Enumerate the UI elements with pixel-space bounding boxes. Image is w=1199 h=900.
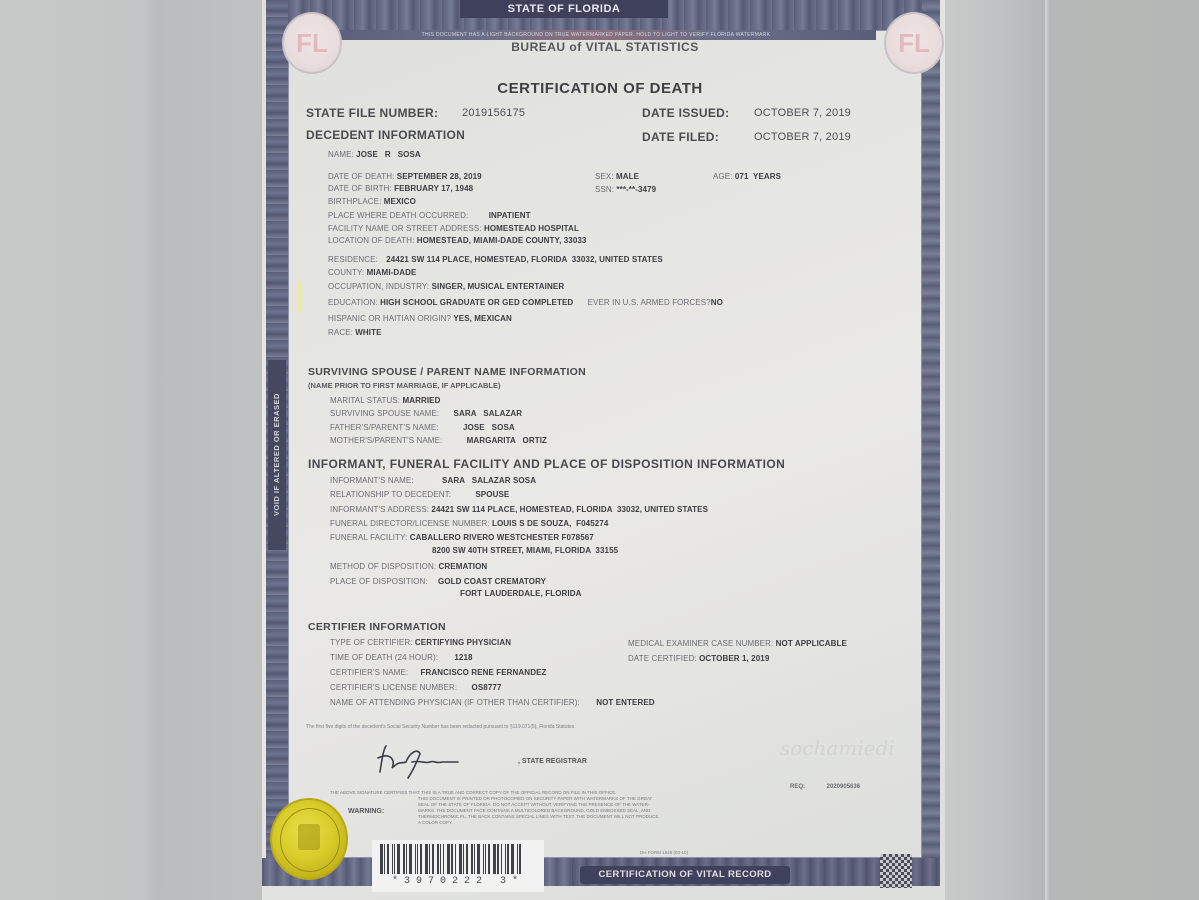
background-right-fold	[945, 0, 1045, 900]
barcode-number: *3970222 3*	[372, 876, 544, 887]
fl-seal-right-icon: FL	[884, 12, 944, 74]
spouse-subheading: (NAME PRIOR TO FIRST MARRIAGE, IF APPLIC…	[308, 381, 501, 390]
qr-code-icon	[880, 854, 912, 888]
document-title: CERTIFICATION OF DEATH	[440, 80, 760, 97]
void-if-altered-label: VOID IF ALTERED OR ERASED	[268, 360, 286, 550]
location-of-death-row: LOCATION OF DEATH: HOMESTEAD, MIAMI-DADE…	[328, 236, 586, 245]
county-row: COUNTY: MIAMI-DADE	[328, 268, 416, 277]
certifier-license-row: CERTIFIER'S LICENSE NUMBER: OS8777	[330, 683, 502, 692]
education-row: EDUCATION: HIGH SCHOOL GRADUATE OR GED C…	[328, 298, 723, 307]
date-certified-row: DATE CERTIFIED: OCTOBER 1, 2019	[628, 654, 769, 663]
warning-label: WARNING:	[348, 808, 384, 815]
birthplace-row: BIRTHPLACE: MEXICO	[328, 197, 416, 206]
date-issued-label: DATE ISSUED:	[642, 106, 729, 120]
relationship-row: RELATIONSHIP TO DECEDENT: SPOUSE	[330, 490, 509, 499]
watermark-notice-strip: THIS DOCUMENT HAS A LIGHT BACKGROUND ON …	[316, 30, 876, 40]
state-file-value: 2019156175	[462, 107, 525, 119]
informant-address-row: INFORMANT'S ADDRESS: 24421 SW 114 PLACE,…	[330, 505, 708, 514]
state-registrar-label: , STATE REGISTRAR	[518, 758, 587, 765]
mother-name-row: MOTHER'S/PARENT'S NAME: MARGARITA ORTIZ	[330, 436, 547, 445]
spouse-name-row: SURVIVING SPOUSE NAME: SARA SALAZAR	[330, 409, 522, 418]
place-of-disposition-row: PLACE OF DISPOSITION: GOLD COAST CREMATO…	[330, 577, 546, 586]
place-of-death-row: PLACE WHERE DEATH OCCURRED: INPATIENT	[328, 211, 531, 220]
warning-text: THIS DOCUMENT IS PRINTED OR PHOTOCOPIED …	[418, 796, 778, 826]
registrar-signature	[372, 738, 462, 780]
form-number: DH FORM 1946 (03-10)	[640, 850, 688, 855]
state-file-label: STATE FILE NUMBER:	[306, 106, 438, 120]
place-of-disposition-city: FORT LAUDERDALE, FLORIDA	[460, 589, 582, 598]
funeral-director-row: FUNERAL DIRECTOR/LICENSE NUMBER: LOUIS S…	[330, 519, 608, 528]
gold-embossed-seal-icon	[270, 798, 348, 880]
marital-status-row: MARITAL STATUS: MARRIED	[330, 396, 440, 405]
informant-name-row: INFORMANT'S NAME: SARA SALAZAR SOSA	[330, 476, 536, 485]
spouse-heading: SURVIVING SPOUSE / PARENT NAME INFORMATI…	[308, 366, 586, 378]
date-of-death-row: DATE OF DEATH: SEPTEMBER 28, 2019	[328, 172, 482, 181]
decedent-name-row: NAME: JOSE R SOSA	[328, 150, 421, 159]
ssn-redaction-note: The first five digits of the decedent's …	[306, 724, 576, 730]
certifier-name-row: CERTIFIER'S NAME: FRANCISCO RENE FERNAND…	[330, 668, 547, 677]
request-number: REQ: 2020905636	[790, 784, 860, 790]
sex-row: SEX: MALE	[595, 172, 639, 181]
registrar-certification-note: THE ABOVE SIGNATURE CERTIFIES THAT THIS …	[330, 790, 780, 795]
me-case-number-row: MEDICAL EXAMINER CASE NUMBER: NOT APPLIC…	[628, 639, 847, 648]
border-right	[922, 0, 940, 880]
date-of-birth-row: DATE OF BIRTH: FEBRUARY 17, 1948	[328, 184, 473, 193]
funeral-facility-row: FUNERAL FACILITY: CABALLERO RIVERO WESTC…	[330, 533, 594, 542]
attending-physician-row: NAME OF ATTENDING PHYSICIAN (IF OTHER TH…	[330, 698, 655, 707]
decedent-name: JOSE R SOSA	[356, 150, 421, 159]
date-filed-label: DATE FILED:	[642, 130, 719, 144]
date-issued-value: OCTOBER 7, 2019	[754, 107, 851, 119]
certifier-heading: CERTIFIER INFORMATION	[308, 621, 446, 633]
certifier-type-row: TYPE OF CERTIFIER: CERTIFYING PHYSICIAN	[330, 638, 511, 647]
decedent-heading: DECEDENT INFORMATION	[306, 128, 465, 142]
occupation-row: OCCUPATION, INDUSTRY: SINGER, MUSICAL EN…	[328, 282, 564, 291]
barcode: *3970222 3*	[372, 840, 544, 892]
highlight-mark	[298, 282, 302, 312]
hispanic-origin-row: HISPANIC OR HAITIAN ORIGIN? YES, MEXICAN	[328, 314, 512, 323]
race-row: RACE: WHITE	[328, 328, 382, 337]
method-of-disposition-row: METHOD OF DISPOSITION: CREMATION	[330, 562, 487, 571]
date-filed-value: OCTOBER 7, 2019	[754, 131, 851, 143]
father-name-row: FATHER'S/PARENT'S NAME: JOSE SOSA	[330, 423, 515, 432]
facility-row: FACILITY NAME OR STREET ADDRESS: HOMESTE…	[328, 224, 579, 233]
funeral-facility-address: 8200 SW 40TH STREET, MIAMI, FLORIDA 3315…	[432, 546, 618, 555]
ssn-row: SSN: ***-**-3479	[595, 185, 656, 194]
age-row: AGE: 071 YEARS	[713, 172, 781, 181]
state-tab: STATE OF FLORIDA	[460, 0, 668, 18]
certification-of-vital-record-label: CERTIFICATION OF VITAL RECORD	[580, 866, 790, 884]
watermark-text: sochamiedi	[780, 736, 895, 760]
barcode-bars	[380, 844, 540, 874]
fl-seal-left-icon: FL	[282, 12, 342, 74]
background-right	[1045, 0, 1199, 900]
informant-heading: INFORMANT, FUNERAL FACILITY AND PLACE OF…	[308, 457, 785, 471]
bureau-title: BUREAU of VITAL STATISTICS	[460, 40, 750, 54]
time-of-death-row: TIME OF DEATH (24 HOUR): 1218	[330, 653, 473, 662]
residence-row: RESIDENCE: 24421 SW 114 PLACE, HOMESTEAD…	[328, 255, 663, 264]
